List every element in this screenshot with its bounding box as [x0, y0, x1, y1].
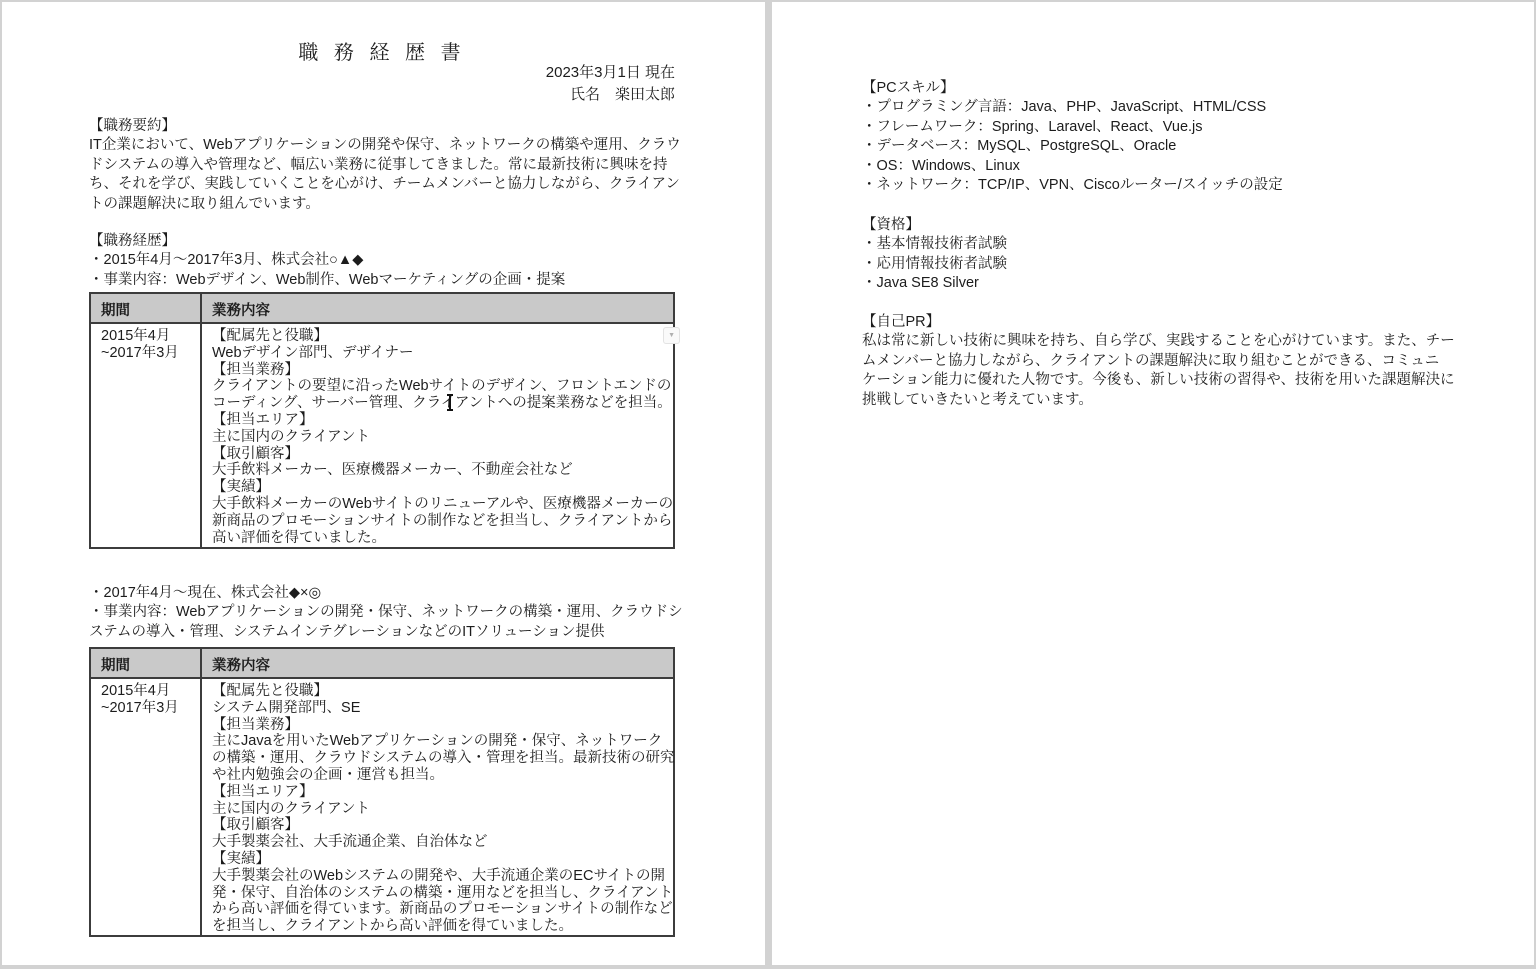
date-name-block: 2023年3月1日 現在 氏名 楽田太郎 [89, 62, 675, 105]
summary-heading: 【職務要約】 [89, 117, 689, 136]
text-cursor-ibeam [449, 394, 451, 411]
detail-cell-text: 【配属先と役職】 システム開発部門、SE 【担当業務】 主にJavaを用いたWe… [202, 679, 685, 939]
table-row: 2015年4月 ~2017年3月 【配属先と役職】 システム開発部門、SE 【担… [91, 679, 673, 935]
detail-cell: 【配属先と役職】 Webデザイン部門、デザイナー 【担当業務】 クライアントの要… [202, 324, 683, 547]
resume-page-right: 【PCスキル】 ・プログラミング言語：Java、PHP、JavaScript、H… [772, 2, 1534, 965]
self-pr-section: 【自己PR】 私は常に新しい技術に興味を持ち、自ら学び、実践することを心がけてい… [862, 313, 1482, 410]
qualifications-section: 【資格】 ・基本情報技術者試験 ・応用情報技術者試験 ・Java SE8 Sil… [862, 216, 1482, 294]
document-title: 職 務 経 歴 書 [89, 36, 675, 65]
applicant-name: 氏名 楽田太郎 [89, 84, 675, 106]
job1-intro-block: 【職務経歴】 ・2015年4月〜2017年3月、株式会社○▲◆ ・事業内容：We… [89, 232, 689, 290]
pc-skills-heading: 【PCスキル】 [862, 79, 1482, 98]
self-pr-heading: 【自己PR】 [862, 313, 1482, 332]
table-header-row: 期間 業務内容 [91, 649, 673, 679]
qualifications-list: ・基本情報技術者試験 ・応用情報技術者試験 ・Java SE8 Silver [862, 235, 1482, 293]
job2-business-description: ・事業内容：Webアプリケーションの開発・保守、ネットワークの構築・運用、クラウ… [89, 603, 689, 642]
job2-intro-block: ・2017年4月〜現在、株式会社◆×◎ ・事業内容：Webアプリケーションの開発… [89, 584, 689, 642]
self-pr-text: 私は常に新しい技術に興味を持ち、自ら学び、実践することを心がけています。また、チ… [862, 332, 1482, 410]
job2-history-table: 期間 業務内容 2015年4月 ~2017年3月 【配属先と役職】 システム開発… [89, 647, 675, 937]
column-header-detail: 業務内容 [202, 649, 673, 677]
cell-dropdown-button[interactable]: ▼ [663, 327, 680, 344]
table-row: 2015年4月 ~2017年3月 【配属先と役職】 Webデザイン部門、デザイナ… [91, 324, 673, 547]
career-heading: 【職務経歴】 [89, 232, 689, 251]
dropdown-arrow-icon: ▼ [668, 332, 675, 339]
column-header-period: 期間 [91, 294, 202, 322]
column-header-detail: 業務内容 [202, 294, 673, 322]
period-cell: 2015年4月 ~2017年3月 [91, 324, 202, 547]
pc-skills-list: ・プログラミング言語：Java、PHP、JavaScript、HTML/CSS … [862, 98, 1482, 195]
detail-cell: 【配属先と役職】 システム開発部門、SE 【担当業務】 主にJavaを用いたWe… [202, 679, 685, 935]
job1-history-table: 期間 業務内容 2015年4月 ~2017年3月 【配属先と役職】 Webデザイ… [89, 292, 675, 549]
pc-skills-section: 【PCスキル】 ・プログラミング言語：Java、PHP、JavaScript、H… [862, 79, 1482, 195]
job1-period-company: ・2015年4月〜2017年3月、株式会社○▲◆ [89, 251, 689, 270]
summary-text: IT企業において、Webアプリケーションの開発や保守、ネットワークの構築や運用、… [89, 136, 689, 214]
qualifications-heading: 【資格】 [862, 216, 1482, 235]
table-header-row: 期間 業務内容 [91, 294, 673, 324]
summary-section: 【職務要約】 IT企業において、Webアプリケーションの開発や保守、ネットワーク… [89, 117, 689, 214]
column-header-period: 期間 [91, 649, 202, 677]
current-date: 2023年3月1日 現在 [89, 62, 675, 84]
period-cell: 2015年4月 ~2017年3月 [91, 679, 202, 935]
job2-period-company: ・2017年4月〜現在、株式会社◆×◎ [89, 584, 689, 603]
detail-cell-text: 【配属先と役職】 Webデザイン部門、デザイナー 【担当業務】 クライアントの要… [202, 324, 683, 550]
resume-page-left: 職 務 経 歴 書 2023年3月1日 現在 氏名 楽田太郎 【職務要約】 IT… [2, 2, 765, 965]
job1-business-description: ・事業内容：Webデザイン、Web制作、Webマーケティングの企画・提案 [89, 271, 689, 290]
